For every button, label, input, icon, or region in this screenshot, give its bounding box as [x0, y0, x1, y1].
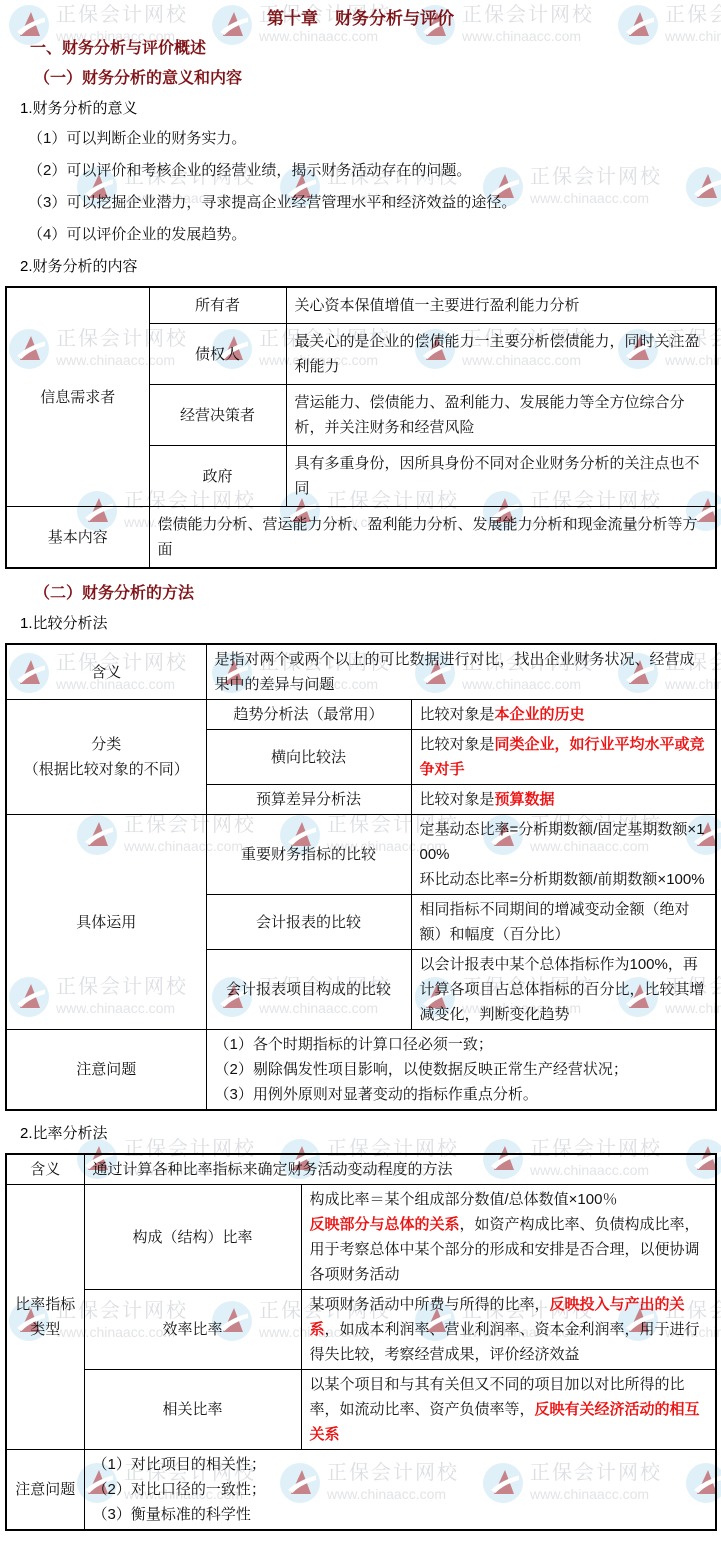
cell-who: 债权人 — [149, 324, 286, 385]
table-row: 含义 是指对两个或两个以上的可比数据进行对比，找出企业财务状况、经营成果中的差异… — [6, 644, 716, 700]
cell-desc: 最关心的是企业的偿债能力一主要分析偿债能力，同时关注盈利能力 — [286, 324, 716, 385]
cell-use-name: 会计报表的比较 — [206, 895, 411, 950]
cell-use-name: 重要财务指标的比较 — [206, 815, 411, 895]
cell-method-desc: 比较对象是本企业的历史 — [411, 700, 716, 730]
cell-method-desc: 比较对象是预算数据 — [411, 785, 716, 815]
cell-who: 政府 — [149, 446, 286, 507]
cell-group-label: 信息需求者 — [6, 287, 149, 507]
cell-meaning-text: 通过计算各种比率指标来确定财务活动变动程度的方法 — [84, 1154, 716, 1185]
cell-desc: 具有多重身份，因所具身份不同对企业财务分析的关注点也不同 — [286, 446, 716, 507]
cell-ratio-name: 效率比率 — [84, 1290, 301, 1370]
numbered-heading-meaning: 1.财务分析的意义 — [20, 98, 721, 119]
table-row: 比率指标 类型 构成（结构）比率 构成比率＝某个组成部分数值/总体数值×100％… — [6, 1185, 716, 1290]
cell-meaning-label: 含义 — [6, 644, 206, 700]
numbered-heading-ratio: 2.比率分析法 — [20, 1123, 721, 1144]
section-heading-overview: 一、财务分析与评价概述 — [30, 38, 721, 60]
cell-method-name: 预算差异分析法 — [206, 785, 411, 815]
table-row: 基本内容 偿债能力分析、营运能力分析、盈利能力分析、发展能力分析和现金流量分析等… — [6, 507, 716, 569]
cell-method-desc: 比较对象是同类企业，如行业平均水平或竞争对手 — [411, 730, 716, 785]
subsection-heading-methods: （二）财务分析的方法 — [34, 583, 721, 605]
cell-ratio-desc: 以某个项目和与其有关但又不同的项目加以对比所得的比率，如流动比率、资产负债率等，… — [301, 1370, 716, 1450]
cell-note-label: 注意问题 — [6, 1450, 84, 1531]
comparative-analysis-table: 含义 是指对两个或两个以上的可比数据进行对比，找出企业财务状况、经营成果中的差异… — [5, 643, 717, 1111]
table-row: 分类 （根据比较对象的不同） 趋势分析法（最常用） 比较对象是本企业的历史 — [6, 700, 716, 730]
list-item: （1）可以判断企业的财务实力。 — [28, 128, 721, 149]
list-item: （4）可以评价企业的发展趋势。 — [28, 224, 721, 245]
table-row: 信息需求者 所有者 关心资本保值增值一主要进行盈利能力分析 — [6, 287, 716, 324]
table-row: 注意问题 （1）对比项目的相关性； （2）对比口径的一致性； （3）衡量标准的科… — [6, 1450, 716, 1531]
table-row: 效率比率 某项财务活动中所费与所得的比率，反映投入与产出的关系，如成本利润率、营… — [6, 1290, 716, 1370]
cell-use-label: 具体运用 — [6, 815, 206, 1030]
cell-use-desc: 以会计报表中某个总体指标作为100%，再计算各项目占总体指标的百分比，比较其增减… — [411, 950, 716, 1030]
cell-basic-desc: 偿债能力分析、营运能力分析、盈利能力分析、发展能力分析和现金流量分析等方面 — [149, 507, 716, 569]
info-demanders-table: 信息需求者 所有者 关心资本保值增值一主要进行盈利能力分析 债权人 最关心的是企… — [5, 286, 717, 569]
cell-use-name: 会计报表项目构成的比较 — [206, 950, 411, 1030]
table-row: 注意问题 （1）各个时期指标的计算口径必须一致； （2）剔除偶发性项目影响，以使… — [6, 1030, 716, 1111]
document-page: 正保会计网校 www.chinaacc.com 正保会计网校 www.china… — [0, 0, 721, 1556]
numbered-heading-comparative: 1.比较分析法 — [20, 613, 721, 634]
cell-note-text: （1）对比项目的相关性； （2）对比口径的一致性； （3）衡量标准的科学性 — [84, 1450, 716, 1531]
list-item: （3）可以挖掘企业潜力，寻求提高企业经营管理水平和经济效益的途径。 — [28, 192, 721, 213]
cell-who: 所有者 — [149, 287, 286, 324]
cell-who: 经营决策者 — [149, 385, 286, 446]
cell-class-label: 分类 （根据比较对象的不同） — [6, 700, 206, 815]
list-item: （2）可以评价和考核企业的经营业绩，揭示财务活动存在的问题。 — [28, 160, 721, 181]
cell-method-name: 横向比较法 — [206, 730, 411, 785]
cell-use-desc: 定基动态比率=分析期数额/固定基期数额×100% 环比动态比率=分析期数额/前期… — [411, 815, 716, 895]
cell-ratio-desc: 构成比率＝某个组成部分数值/总体数值×100％ 反映部分与总体的关系，如资产构成… — [301, 1185, 716, 1290]
table-row: 具体运用 重要财务指标的比较 定基动态比率=分析期数额/固定基期数额×100% … — [6, 815, 716, 895]
ratio-analysis-table: 含义 通过计算各种比率指标来确定财务活动变动程度的方法 比率指标 类型 构成（结… — [5, 1153, 717, 1531]
cell-desc: 关心资本保值增值一主要进行盈利能力分析 — [286, 287, 716, 324]
cell-basic-label: 基本内容 — [6, 507, 149, 569]
table-row: 含义 通过计算各种比率指标来确定财务活动变动程度的方法 — [6, 1154, 716, 1185]
cell-type-label: 比率指标 类型 — [6, 1185, 84, 1450]
cell-note-text: （1）各个时期指标的计算口径必须一致； （2）剔除偶发性项目影响，以使数据反映正… — [206, 1030, 716, 1111]
numbered-heading-content: 2.财务分析的内容 — [20, 256, 721, 277]
document-content: 第十章 财务分析与评价 一、财务分析与评价概述 （一）财务分析的意义和内容 1.… — [0, 0, 721, 1531]
chapter-title: 第十章 财务分析与评价 — [0, 8, 721, 30]
cell-desc: 营运能力、偿债能力、盈利能力、发展能力等全方位综合分析，并关注财务和经营风险 — [286, 385, 716, 446]
cell-ratio-name: 构成（结构）比率 — [84, 1185, 301, 1290]
cell-note-label: 注意问题 — [6, 1030, 206, 1111]
subsection-heading-meaning-content: （一）财务分析的意义和内容 — [34, 68, 721, 90]
cell-ratio-desc: 某项财务活动中所费与所得的比率，反映投入与产出的关系，如成本利润率、营业利润率、… — [301, 1290, 716, 1370]
table-row: 相关比率 以某个项目和与其有关但又不同的项目加以对比所得的比率，如流动比率、资产… — [6, 1370, 716, 1450]
cell-ratio-name: 相关比率 — [84, 1370, 301, 1450]
cell-method-name: 趋势分析法（最常用） — [206, 700, 411, 730]
cell-use-desc: 相同指标不同期间的增减变动金额（绝对额）和幅度（百分比） — [411, 895, 716, 950]
cell-meaning-label: 含义 — [6, 1154, 84, 1185]
cell-meaning-text: 是指对两个或两个以上的可比数据进行对比，找出企业财务状况、经营成果中的差异与问题 — [206, 644, 716, 700]
